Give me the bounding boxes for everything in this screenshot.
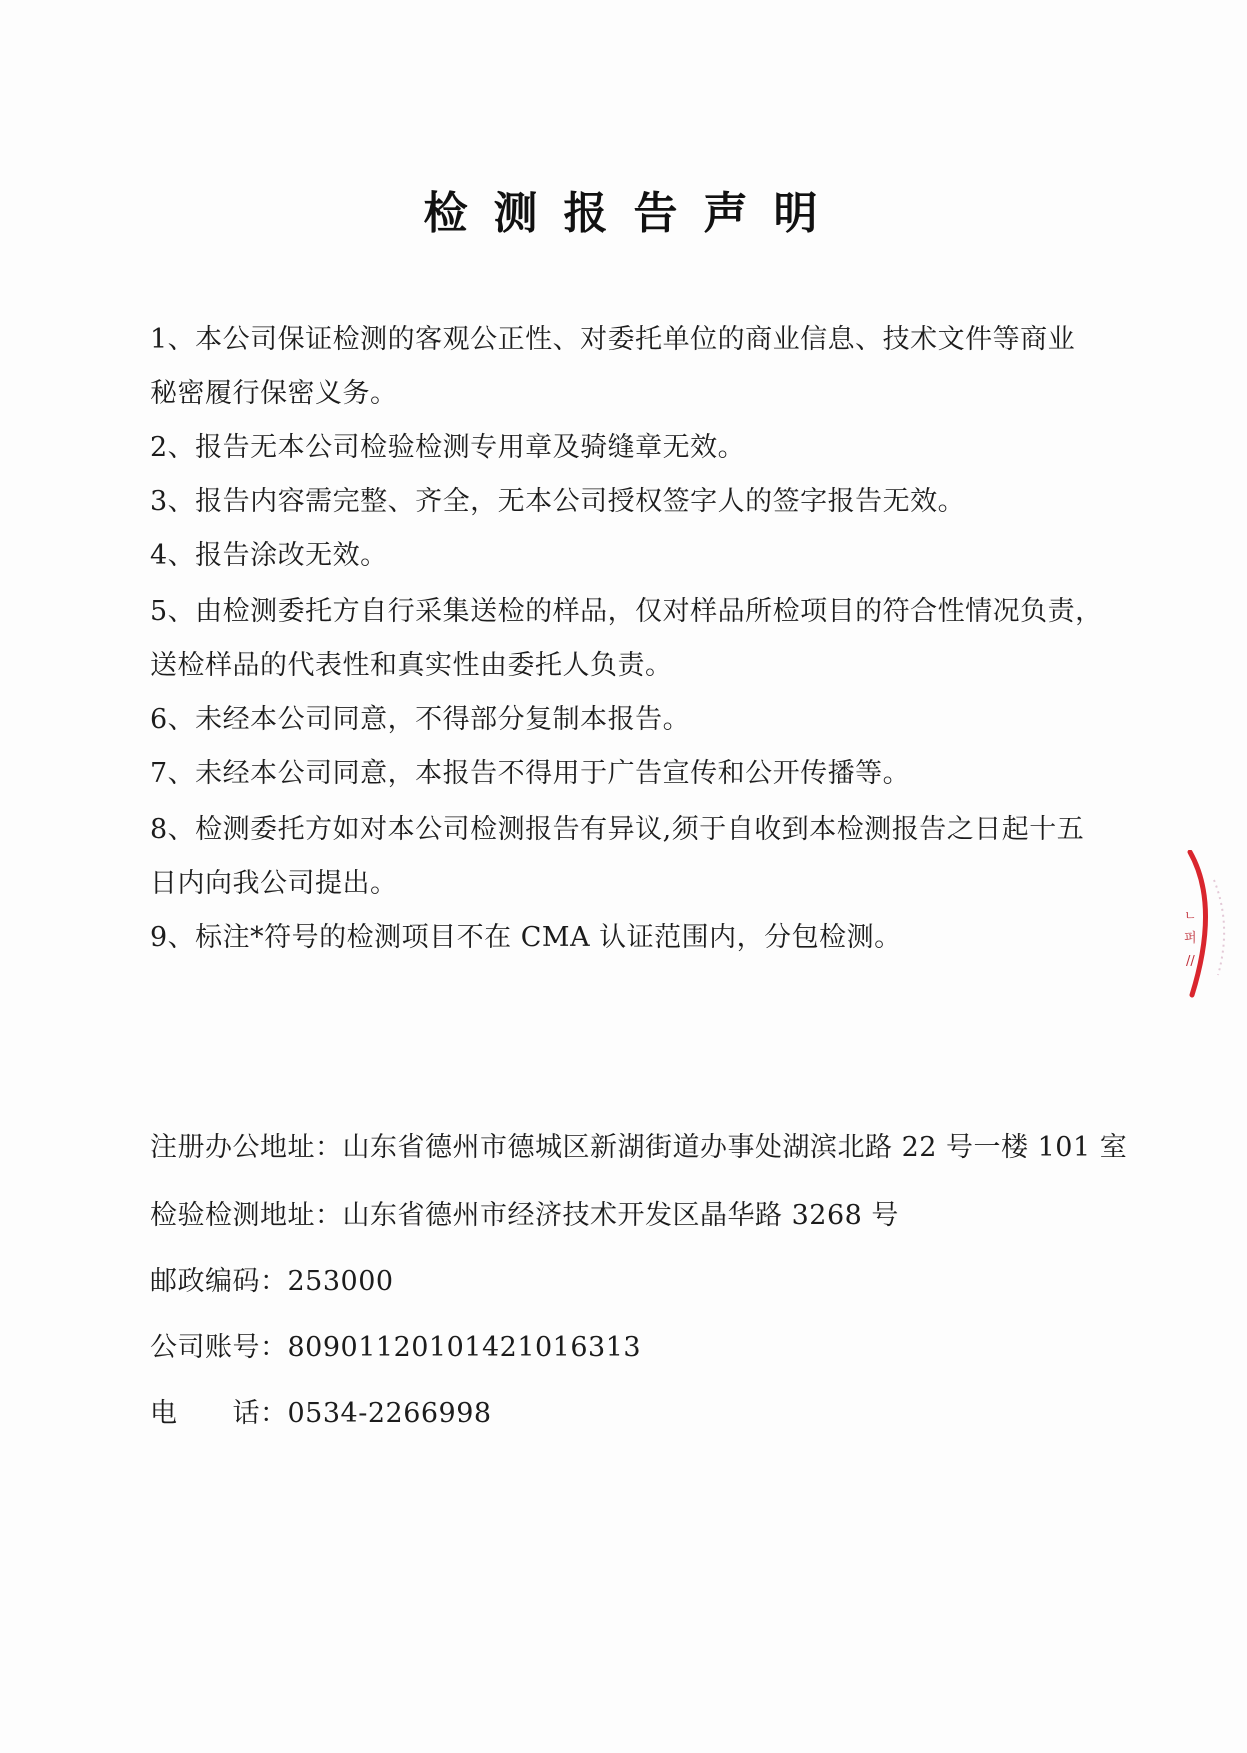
statement-3: 3、报告内容需完整、齐全，无本公司授权签字人的签字报告无效。 <box>150 484 965 520</box>
statement-4: 4、报告涂改无效。 <box>150 538 388 574</box>
document-page: 检测报告声明 1、本公司保证检测的客观公正性、对委托单位的商业信息、技术文件等商… <box>0 0 1247 1753</box>
statement-1-line-1: 1、本公司保证检测的客观公正性、对委托单位的商业信息、技术文件等商业 <box>150 322 1075 358</box>
phone-number: 电 话：0534-2266998 <box>150 1396 492 1432</box>
testing-address: 检验检测地址：山东省德州市经济技术开发区晶华路 3268 号 <box>150 1198 899 1234</box>
statement-7: 7、未经本公司同意，本报告不得用于广告宣传和公开传播等。 <box>150 756 910 792</box>
statement-2: 2、报告无本公司检验检测专用章及骑缝章无效。 <box>150 430 745 466</box>
seal-arc-icon: ㄴ 퍼 // <box>1180 850 1247 1000</box>
statement-6: 6、未经本公司同意，不得部分复制本报告。 <box>150 702 690 738</box>
statement-1-line-2: 秘密履行保密义务。 <box>150 376 398 412</box>
statement-8-line-1: 8、检测委托方如对本公司检测报告有异议,须于自收到本检测报告之日起十五 <box>150 812 1084 848</box>
registered-address: 注册办公地址：山东省德州市德城区新湖街道办事处湖滨北路 22 号一楼 101 室 <box>150 1130 1127 1166</box>
statement-8-line-2: 日内向我公司提出。 <box>150 866 398 902</box>
svg-text:퍼: 퍼 <box>1184 930 1197 946</box>
statement-9: 9、标注*符号的检测项目不在 CMA 认证范围内，分包检测。 <box>150 920 902 956</box>
page-title: 检测报告声明 <box>0 186 1247 242</box>
svg-text://: // <box>1186 954 1195 969</box>
svg-text:ㄴ: ㄴ <box>1184 909 1197 924</box>
statement-5-line-1: 5、由检测委托方自行采集送检的样品，仅对样品所检项目的符合性情况负责， <box>150 594 1103 630</box>
postal-code: 邮政编码：253000 <box>150 1264 394 1300</box>
statement-5-line-2: 送检样品的代表性和真实性由委托人负责。 <box>150 648 673 684</box>
official-seal-fragment: ㄴ 퍼 // <box>1180 850 1247 1000</box>
company-account: 公司账号：80901120101421016313 <box>150 1330 641 1366</box>
